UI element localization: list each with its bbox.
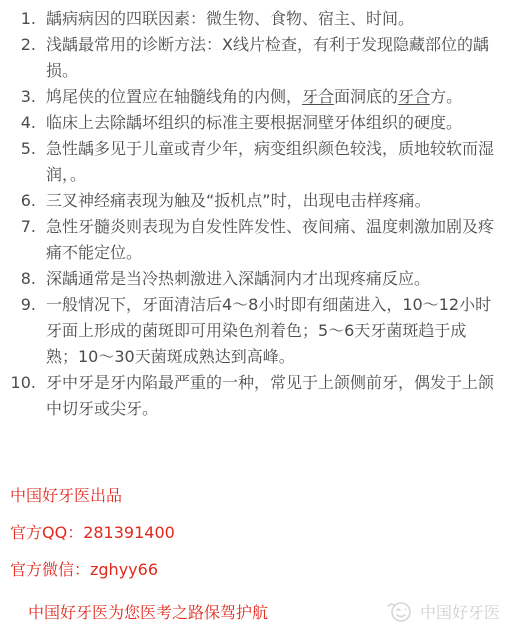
list-item: 8.深龋通常是当冷热刺激进入深龋洞内才出现疼痛反应。: [0, 266, 494, 292]
list-item-number: 7.: [0, 214, 36, 240]
watermark-label: 中国好牙医: [420, 600, 500, 623]
list-item-text: 浅龋最常用的诊断方法：X线片检查，有利于发现隐藏部位的龋损。: [46, 35, 489, 80]
list-item: 2.浅龋最常用的诊断方法：X线片检查，有利于发现隐藏部位的龋损。: [0, 32, 494, 84]
slogan-text: 中国好牙医为您医考之路保驾护航: [10, 600, 268, 623]
list-item: 10.牙中牙是牙内陷最严重的一种，常见于上颌侧前牙，偶发于上颌中切牙或尖牙。: [0, 370, 494, 422]
list-item-text: 面洞底的: [334, 87, 398, 106]
underlined-term: 牙合: [302, 87, 334, 106]
wechat-line: 官方微信：zghyy66: [10, 560, 508, 580]
watermark: 中国好牙医: [385, 597, 500, 625]
list-item-text: 一般情况下，牙面清洁后4～8小时即有细菌进入，10～12小时牙面上形成的菌斑即可…: [46, 295, 491, 366]
list-item-number: 4.: [0, 110, 36, 136]
qq-line: 官方QQ：281391400: [10, 523, 508, 543]
list-item-text: 牙中牙是牙内陷最严重的一种，常见于上颌侧前牙，偶发于上颌中切牙或尖牙。: [46, 373, 494, 418]
list-item-number: 2.: [0, 32, 36, 58]
footer: 中国好牙医出品 官方QQ：281391400 官方微信：zghyy66 中国好牙…: [0, 486, 508, 625]
list-item-number: 6.: [0, 188, 36, 214]
list-item: 7.急性牙髓炎则表现为自发性阵发性、夜间痛、温度刺激加剧及疼痛不能定位。: [0, 214, 494, 266]
list-item-text: 临床上去除龋坏组织的标准主要根据洞壁牙体组织的硬度。: [46, 113, 462, 132]
list-item: 6.三叉神经痛表现为触及“扳机点”时，出现电击样疼痛。: [0, 188, 494, 214]
underlined-term: 牙合: [398, 87, 430, 106]
list-item-text: 深龋通常是当冷热刺激进入深龋洞内才出现疼痛反应。: [46, 269, 430, 288]
footer-row: 中国好牙医为您医考之路保驾护航 中国好牙医: [10, 597, 508, 625]
list-item-text: 三叉神经痛表现为触及“扳机点”时，出现电击样疼痛。: [46, 191, 431, 210]
list-item: 5.急性龋多见于儿童或青少年，病变组织颜色较浅，质地较软而湿润，。: [0, 136, 494, 188]
article: 1.龋病病因的四联因素：微生物、食物、宿主、时间。2.浅龋最常用的诊断方法：X线…: [0, 0, 508, 628]
publisher-line: 中国好牙医出品: [10, 486, 508, 506]
list-item-number: 3.: [0, 84, 36, 110]
list-item-text: 鸠尾侠的位置应在轴髓线角的内侧，: [46, 87, 302, 106]
list-item: 1.龋病病因的四联因素：微生物、食物、宿主、时间。: [0, 6, 494, 32]
list-item-text: 龋病病因的四联因素：微生物、食物、宿主、时间。: [46, 9, 414, 28]
list-item-text: 方。: [430, 87, 462, 106]
list-item-number: 1.: [0, 6, 36, 32]
list-item-number: 8.: [0, 266, 36, 292]
list-item-number: 5.: [0, 136, 36, 162]
knowledge-list: 1.龋病病因的四联因素：微生物、食物、宿主、时间。2.浅龋最常用的诊断方法：X线…: [0, 6, 508, 422]
list-item: 3.鸠尾侠的位置应在轴髓线角的内侧，牙合面洞底的牙合方。: [0, 84, 494, 110]
list-item-text: 急性龋多见于儿童或青少年，病变组织颜色较浅，质地较软而湿润，。: [46, 139, 494, 184]
list-item: 9.一般情况下，牙面清洁后4～8小时即有细菌进入，10～12小时牙面上形成的菌斑…: [0, 292, 494, 370]
list-item-number: 10.: [0, 370, 36, 396]
mascot-logo-icon: [385, 597, 415, 625]
list-item-number: 9.: [0, 292, 36, 318]
list-item-text: 急性牙髓炎则表现为自发性阵发性、夜间痛、温度刺激加剧及疼痛不能定位。: [46, 217, 494, 262]
list-item: 4.临床上去除龋坏组织的标准主要根据洞壁牙体组织的硬度。: [0, 110, 494, 136]
